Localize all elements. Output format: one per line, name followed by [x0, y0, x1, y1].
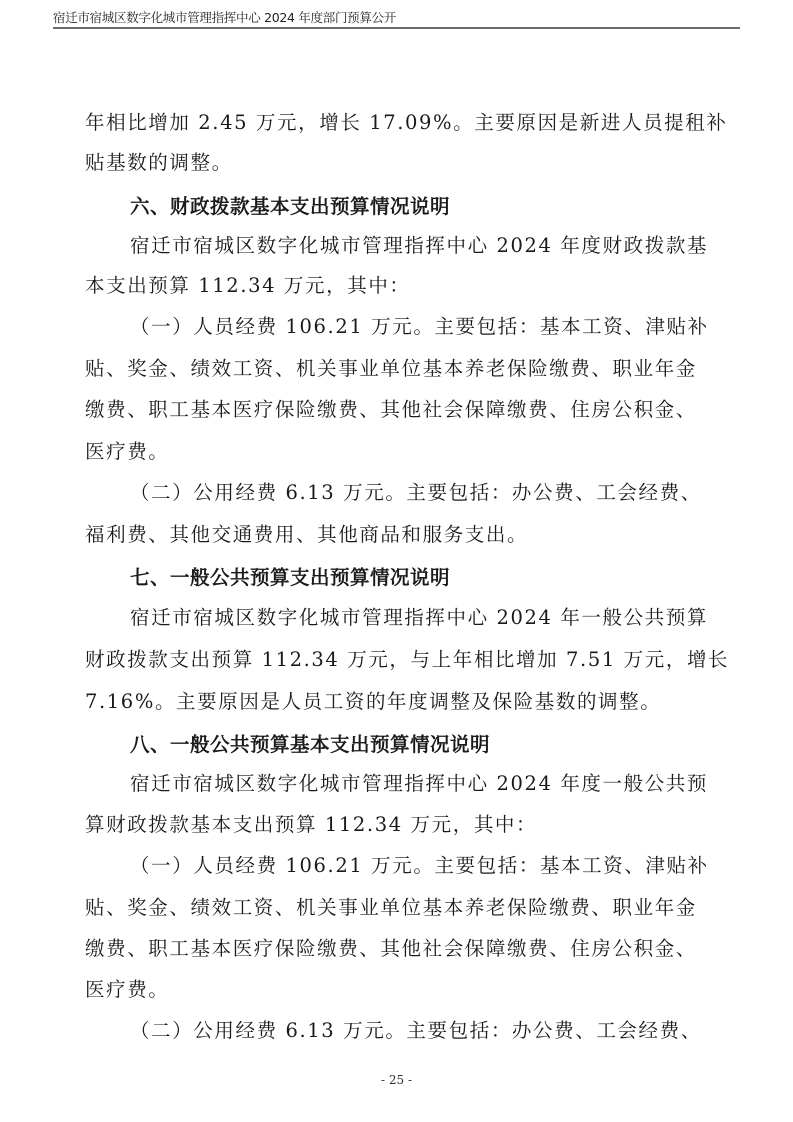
- paragraph-line: 财政拨款支出预算 112.34 万元，与上年相比增加 7.51 万元，增长: [85, 648, 705, 672]
- section-heading-6: 六、财政拨款基本支出预算情况说明: [130, 195, 750, 219]
- paragraph-line: （一）人员经费 106.21 万元。主要包括：基本工资、津贴补: [130, 854, 750, 878]
- section-heading-7: 七、一般公共预算支出预算情况说明: [130, 566, 750, 590]
- paragraph-line: 年相比增加 2.45 万元，增长 17.09%。主要原因是新进人员提租补: [85, 111, 705, 135]
- paragraph-line: 福利费、其他交通费用、其他商品和服务支出。: [85, 523, 705, 547]
- paragraph-line: 宿迁市宿城区数字化城市管理指挥中心 2024 年一般公共预算: [130, 606, 750, 630]
- paragraph-line: （二）公用经费 6.13 万元。主要包括：办公费、工会经费、: [130, 481, 750, 505]
- paragraph-line: （二）公用经费 6.13 万元。主要包括：办公费、工会经费、: [130, 1019, 750, 1043]
- document-header-title: 宿迁市宿城区数字化城市管理指挥中心 2024 年度部门预算公开: [53, 8, 396, 26]
- paragraph-line: （一）人员经费 106.21 万元。主要包括：基本工资、津贴补: [130, 315, 750, 339]
- paragraph-line: 医疗费。: [85, 978, 705, 1002]
- paragraph-line: 7.16%。主要原因是人员工资的年度调整及保险基数的调整。: [85, 690, 705, 714]
- section-heading-8: 八、一般公共预算基本支出预算情况说明: [130, 733, 750, 757]
- paragraph-line: 贴、奖金、绩效工资、机关事业单位基本养老保险缴费、职业年金: [85, 357, 705, 381]
- paragraph-line: 贴基数的调整。: [85, 151, 705, 175]
- paragraph-line: 缴费、职工基本医疗保险缴费、其他社会保障缴费、住房公积金、: [85, 398, 705, 422]
- page-number: - 25 -: [0, 1073, 793, 1087]
- paragraph-line: 医疗费。: [85, 440, 705, 464]
- paragraph-line: 缴费、职工基本医疗保险缴费、其他社会保障缴费、住房公积金、: [85, 937, 705, 961]
- paragraph-line: 算财政拨款基本支出预算 112.34 万元，其中：: [85, 813, 705, 837]
- paragraph-line: 宿迁市宿城区数字化城市管理指挥中心 2024 年度财政拨款基: [130, 234, 750, 258]
- paragraph-line: 宿迁市宿城区数字化城市管理指挥中心 2024 年度一般公共预: [130, 772, 750, 796]
- paragraph-line: 本支出预算 112.34 万元，其中：: [85, 274, 705, 298]
- header-divider: [53, 27, 740, 29]
- paragraph-line: 贴、奖金、绩效工资、机关事业单位基本养老保险缴费、职业年金: [85, 896, 705, 920]
